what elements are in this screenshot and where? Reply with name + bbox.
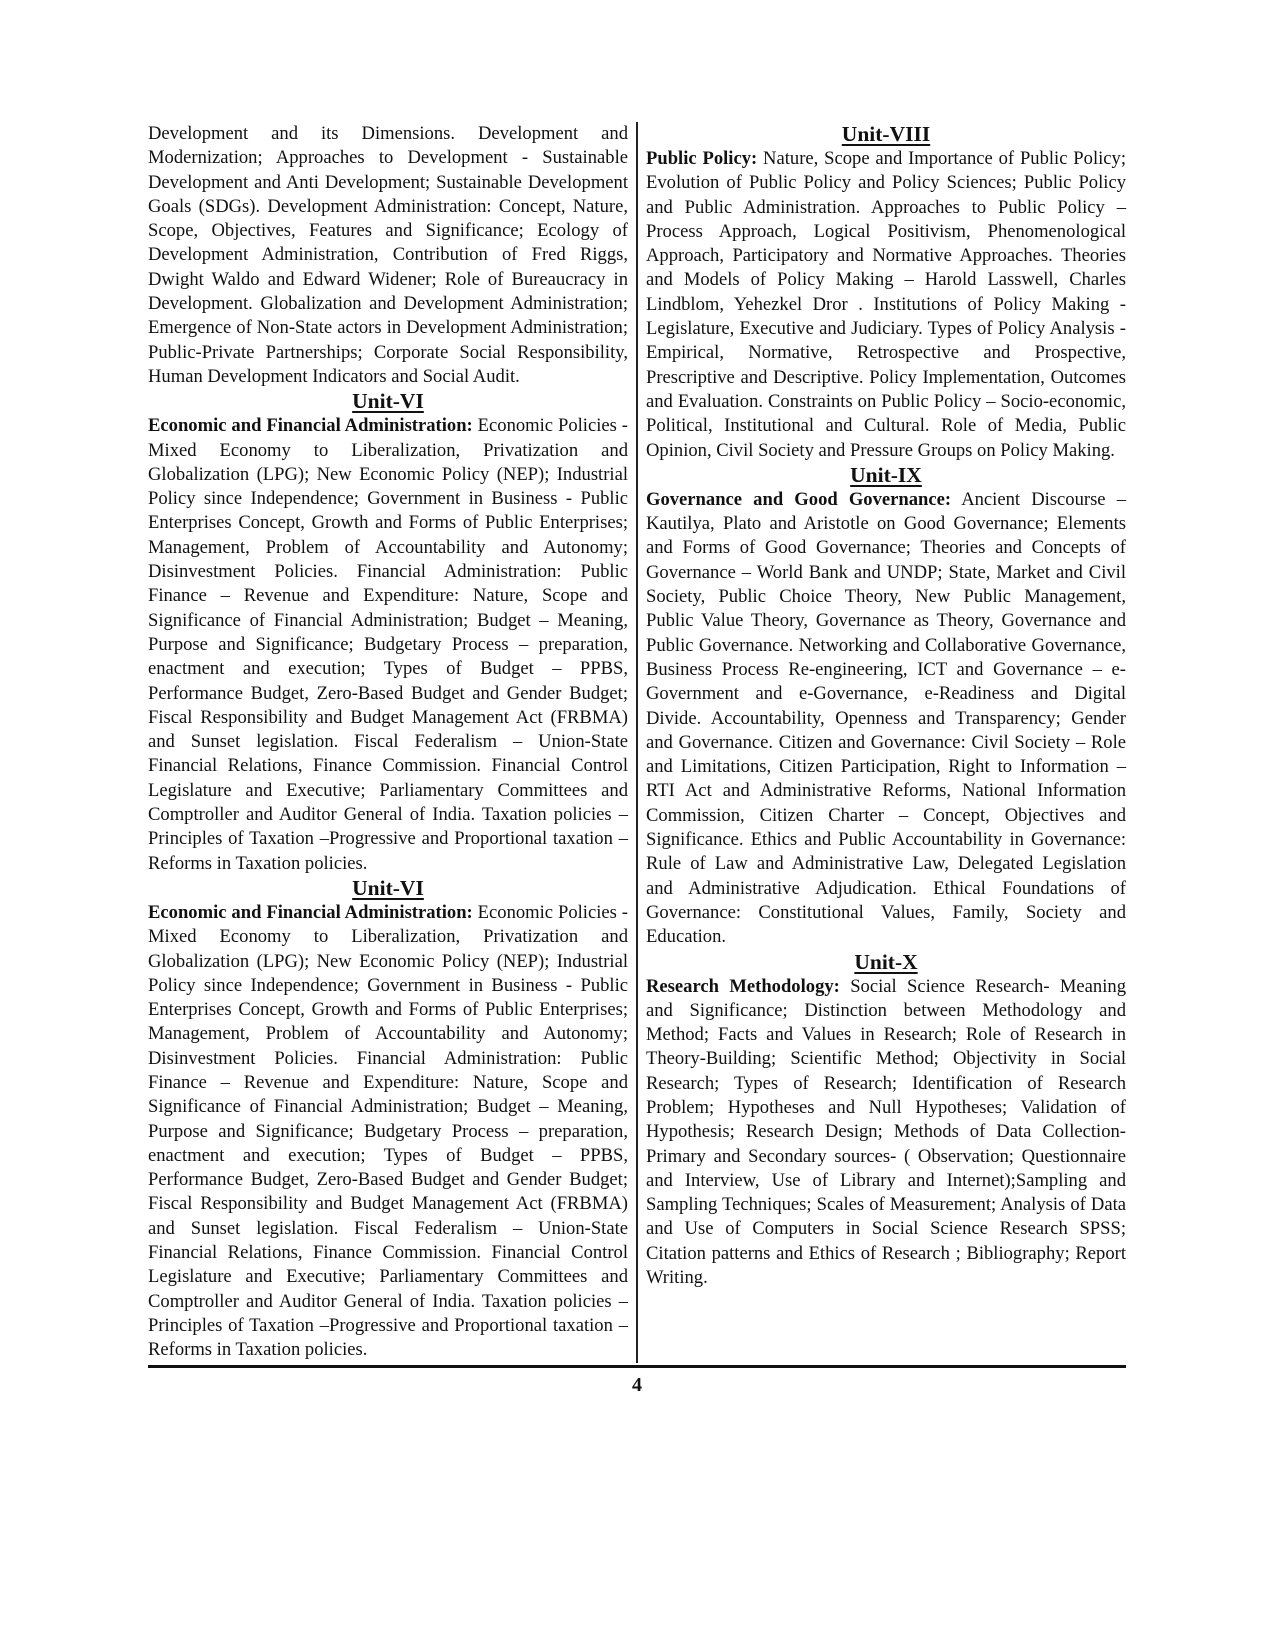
unit-paragraph: Public Policy: Nature, Scope and Importa… xyxy=(646,147,1126,463)
unit-paragraph: Governance and Good Governance: Ancient … xyxy=(646,488,1126,950)
unit-body-text: Nature, Scope and Importance of Public P… xyxy=(646,148,1126,461)
two-column-layout: Development and its Dimensions. Developm… xyxy=(148,122,1126,1363)
unit-heading-text: Unit-VI xyxy=(352,876,424,900)
unit-lead-term: Economic and Financial Administration: xyxy=(148,415,473,436)
unit-heading: Unit-X xyxy=(646,950,1126,975)
bottom-rule xyxy=(148,1365,1126,1368)
unit-heading: Unit-VI xyxy=(148,389,628,414)
unit-heading-text: Unit-VI xyxy=(352,389,424,413)
unit-paragraph: Economic and Financial Administration: E… xyxy=(148,901,628,1363)
unit-body-text: Economic Policies - Mixed Economy to Lib… xyxy=(148,902,628,1360)
unit-body-text: Economic Policies - Mixed Economy to Lib… xyxy=(148,415,628,873)
unit-heading: Unit-VI xyxy=(148,876,628,901)
unit-section: Unit-VIII Public Policy: Nature, Scope a… xyxy=(646,122,1126,463)
intro-paragraph: Development and its Dimensions. Developm… xyxy=(148,122,628,389)
unit-section: Unit-IX Governance and Good Governance: … xyxy=(646,463,1126,950)
unit-heading-text: Unit-IX xyxy=(850,463,922,487)
unit-body-text: Ancient Discourse – Kautilya, Plato and … xyxy=(646,489,1126,947)
unit-section: Unit-VI Economic and Financial Administr… xyxy=(148,389,628,876)
unit-heading-text: Unit-X xyxy=(854,950,917,974)
page-number: 4 xyxy=(148,1374,1126,1397)
unit-lead-term: Governance and Good Governance: xyxy=(646,489,951,510)
left-column: Development and its Dimensions. Developm… xyxy=(148,122,636,1363)
unit-lead-term: Economic and Financial Administration: xyxy=(148,902,473,923)
unit-lead-term: Public Policy: xyxy=(646,148,757,169)
document-page: Development and its Dimensions. Developm… xyxy=(148,122,1126,1397)
unit-lead-term: Research Methodology: xyxy=(646,976,840,997)
unit-heading: Unit-VIII xyxy=(646,122,1126,147)
unit-body-text: Social Science Research- Meaning and Sig… xyxy=(646,976,1126,1289)
unit-heading: Unit-IX xyxy=(646,463,1126,488)
right-column: Unit-VIII Public Policy: Nature, Scope a… xyxy=(638,122,1126,1363)
unit-paragraph: Research Methodology: Social Science Res… xyxy=(646,975,1126,1291)
unit-heading-text: Unit-VIII xyxy=(842,122,930,146)
unit-section: Unit-VI Economic and Financial Administr… xyxy=(148,876,628,1363)
unit-paragraph: Economic and Financial Administration: E… xyxy=(148,414,628,876)
unit-section: Unit-X Research Methodology: Social Scie… xyxy=(646,950,1126,1291)
